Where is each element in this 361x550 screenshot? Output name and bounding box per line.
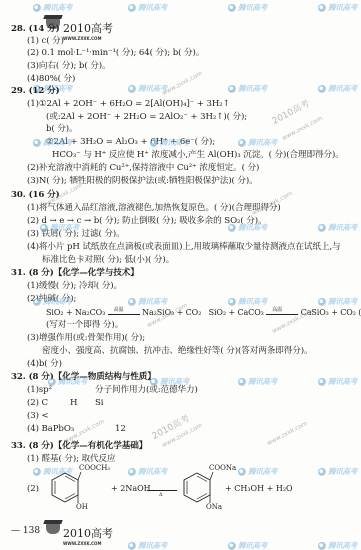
watermark-brand: 腾讯高考 <box>128 296 167 307</box>
answer-line: (1)将气体通入品红溶液,溶液褪色,加热恢复原色。( 分)(合理即得分) <box>27 203 281 214</box>
brand-logo-icon <box>228 298 236 306</box>
brand-logo-icon <box>318 4 326 12</box>
watermark-brand: 腾讯高考 <box>48 376 87 387</box>
brand-logo-icon <box>318 85 326 93</box>
brand-logo-icon <box>150 378 158 386</box>
brand-logo-icon <box>150 139 158 147</box>
watermark-brand: 腾讯高考 <box>33 137 72 148</box>
brand-logo-icon <box>318 468 326 476</box>
brand-logo-icon <box>228 542 236 550</box>
byproducts: + CH₃OH + H₂O <box>225 484 293 493</box>
answer-line: (4)b( 分) <box>27 359 62 370</box>
brand-logo-icon <box>318 298 326 306</box>
watermark-brand: 腾讯高考 <box>128 466 167 477</box>
watermark-brand: 腾讯高考 <box>238 466 277 477</box>
watermark-brand: 腾讯高考 <box>40 222 79 233</box>
answer-line: 标准比色卡对照( 分); 低(小)( 分)。 <box>42 255 174 266</box>
answer-line: 12 <box>115 424 126 435</box>
reagent: + 2NaOH <box>111 484 151 493</box>
watermark-brand: 腾讯高考 <box>33 296 72 307</box>
product-substituent: ONa <box>206 503 222 511</box>
brand-logo-icon <box>128 468 136 476</box>
watermark-site: www.zxxk.com <box>266 420 309 447</box>
watermark-brand: 腾讯高考 <box>318 466 357 477</box>
watermark-brand: 腾讯高考 <box>150 137 189 148</box>
watermark-brand: 腾讯高考 <box>318 540 357 550</box>
brand-logo-icon <box>238 468 246 476</box>
answer-line: (3)增强作用(或:骨架作用)( 分); <box>27 333 145 344</box>
watermark-brand: 腾讯高考 <box>318 83 357 94</box>
brand-logo-icon <box>128 542 136 550</box>
reactant-substituent: OH <box>76 503 88 511</box>
brand-logo-icon <box>318 542 326 550</box>
answer-line: (2) C <box>27 398 48 409</box>
answer-line: (1)①2Al + 2OH⁻ + 6H₂O = 2[Al(OH)₄]⁻ + 3H… <box>27 99 230 110</box>
reaction-arrow: Δ <box>147 484 177 493</box>
answer-line: (3)N( 分); 牺牲阳极的阴极保护法(或:牺牲阳极保护法)( 分)。 <box>27 176 258 187</box>
watermark-brand: 腾讯高考 <box>318 296 357 307</box>
answer-line: b( 分)。 <box>46 124 78 135</box>
brand-logo-icon <box>33 4 41 12</box>
answer-line: (1)缓慢( 分); 冷却( 分)。 <box>27 281 122 292</box>
brand-logo-icon <box>128 85 136 93</box>
answer-line: (2) 0.1 mol·L⁻¹·min⁻¹( 分); 64( 分); b( 分)… <box>27 48 204 59</box>
brand-logo-icon <box>228 85 236 93</box>
watermark-brand: 腾讯高考 <box>128 2 167 13</box>
watermark-brand: 腾讯高考 <box>150 376 189 387</box>
brand-logo-icon <box>40 224 48 232</box>
watermark-brand: 腾讯高考 <box>228 2 267 13</box>
benzene-ring-product-icon <box>180 470 214 506</box>
watermark-brand: 腾讯高考 <box>33 2 72 13</box>
brand-logo-icon <box>128 4 136 12</box>
answer-line: (3) < <box>27 411 49 422</box>
watermark-brand: 腾讯高考 <box>238 137 277 148</box>
page-number: — 138 <box>11 526 40 536</box>
brand-logo-icon <box>128 298 136 306</box>
answer-line: (4)将小片 pH 试纸放在点滴板(或表面皿)上,用玻璃棒蘸取少量待测液点在试纸… <box>27 242 341 253</box>
question-28-heading: 28. (14 分) <box>11 24 60 35</box>
answer-line: 密度小、强度高、抗腐蚀、抗冲击、绝缘性好等( 分)(答对两条即得分)。 <box>42 346 312 357</box>
watermark-brand: 腾讯高考 <box>128 540 167 550</box>
brand-logo-icon <box>33 468 41 476</box>
brand-logo-icon <box>228 224 236 232</box>
answer-line: (2)补充溶液中消耗的 Cu²⁺,保持溶液中 Cu²⁺ 浓度恒定。( 分) <box>27 163 259 174</box>
answer-line: (3)向右( 分); b( 分)。 <box>27 61 110 72</box>
brand-logo-icon <box>238 378 246 386</box>
product-substituent: COONa <box>209 464 236 472</box>
watermark-brand: 腾讯高考 <box>228 296 267 307</box>
benzene-ring-reactant-icon <box>48 470 82 506</box>
answer-line: (2) <box>27 484 39 495</box>
brand-logo-icon <box>238 139 246 147</box>
answer-line: HCO₃⁻ 与 H⁺ 反应使 H⁺ 浓度减小,产生 Al(OH)₃ 沉淀。( 分… <box>52 150 344 161</box>
watermark-brand: 腾讯高考 <box>238 376 277 387</box>
watermark-brand: 腾讯高考 <box>228 540 267 550</box>
watermark-brand: 腾讯高考 <box>318 222 357 233</box>
question-33-heading: 33. (8 分)【化学—有机化学基础】 <box>11 441 147 452</box>
watermark-site: www.zxxk.com <box>161 70 204 97</box>
answer-line: (或:2Al + 2OH⁻ + 2H₂O = 2AlO₂⁻ + 3H₂↑)( 分… <box>46 112 247 123</box>
answer-line: H <box>70 398 77 409</box>
question-31-heading: 31. (8 分)【化学—化学与技术】 <box>11 268 139 279</box>
watermark-brand: 腾讯高考 <box>228 83 267 94</box>
reaction-arrow-icon: Δ <box>147 485 177 493</box>
reaction-arrow-icon: 高温 <box>108 309 140 317</box>
watermark-brand: 腾讯高考 <box>318 2 357 13</box>
watermark-brand: 腾讯高考 <box>318 376 357 387</box>
answer-line: (1) c( 分) <box>27 36 64 47</box>
answer-page: 腾讯高考 腾讯高考 腾讯高考 腾讯高考 2010高考WWW.ZXXK.COM 2… <box>0 0 361 550</box>
question-29-heading: 29. (12 分) <box>11 86 60 97</box>
watermark-brand: 腾讯高考 <box>228 222 267 233</box>
footer-logo: 2010高考WWW.ZXXK.COM <box>46 522 113 546</box>
brand-logo-icon <box>228 4 236 12</box>
brand-logo-icon <box>318 224 326 232</box>
answer-line: (写对一个即得 分)。 <box>46 320 123 331</box>
brand-logo-icon <box>48 378 56 386</box>
brand-logo-icon <box>318 378 326 386</box>
answer-line: (4) BaPbO₃ <box>27 424 74 435</box>
graduate-mascot-icon <box>46 522 60 534</box>
brand-logo-icon <box>33 298 41 306</box>
brand-logo-icon <box>33 139 41 147</box>
answer-line: Si <box>95 398 103 409</box>
reactant-substituent: COOCH₃ <box>79 464 110 472</box>
